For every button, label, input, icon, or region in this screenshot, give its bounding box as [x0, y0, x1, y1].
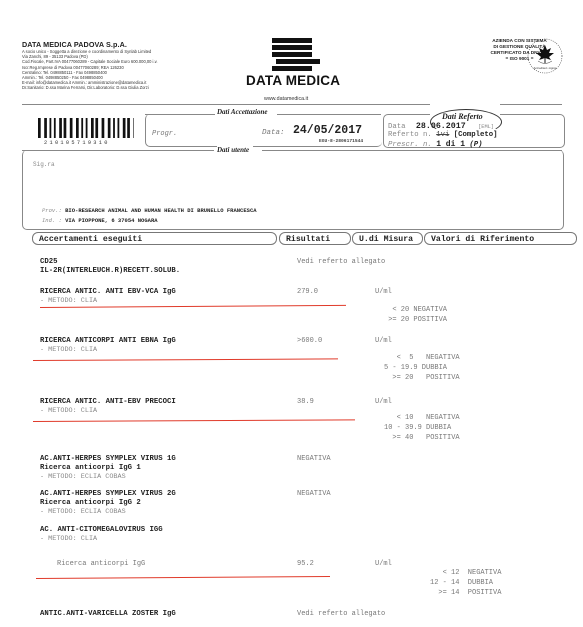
referto-number-row: Referto n. 1vi [Completo] — [388, 131, 498, 139]
ind-label: Ind. : — [42, 217, 62, 224]
exam-method: - METODO: CLIA — [40, 535, 97, 543]
prov-value: BIO-RESEARCH ANIMAL AND HUMAN HEALTH DI … — [65, 207, 256, 214]
accettazione-label: Dati Accettazione — [217, 108, 267, 116]
column-header-risultati: Risultati — [279, 232, 351, 245]
indirizzo-row: Ind. : VIA PIOPPONE, 6 37054 NOGARA — [42, 217, 158, 224]
exam-result: 38.9 — [297, 398, 314, 406]
exam-name: RICERCA ANTIC. ANTI-EBV PRECOCI — [40, 398, 176, 406]
website-link[interactable]: www.datamedica.it — [264, 96, 308, 102]
exam-reference: < 12 NEGATIVA 12 - 14 DUBBIA >= 14 POSIT… — [430, 569, 501, 598]
exam-name: AC.ANTI-HERPES SYMPLEX VIRUS 2G — [40, 490, 176, 498]
box-border — [277, 114, 381, 115]
barcode-number: 210105719310 — [44, 140, 110, 146]
exam-unit: U/ml — [375, 288, 392, 296]
column-header-unita: U.di Misura — [352, 232, 423, 245]
referto-label: Dati Referto — [442, 112, 483, 121]
exam-name-detail: Ricerca anticorpi IgG 2 — [40, 499, 141, 507]
box-border — [262, 150, 562, 151]
red-underline-annotation — [36, 576, 330, 579]
exam-method: - METODO: CLIA — [40, 346, 97, 354]
exam-unit: U/ml — [375, 398, 392, 406]
prescr-flag: (P) — [469, 141, 482, 149]
box-border — [22, 150, 214, 151]
exam-result: Vedi referto allegato — [297, 258, 385, 266]
company-line: Cod.Fiscale, Part.IVA 00477060289 - Capi… — [22, 59, 157, 64]
exam-reference: < 10 NEGATIVA 10 - 39.9 DUBBIA >= 40 POS… — [384, 414, 460, 443]
referto-date-row: Data 28.06.2017 [EML] — [388, 122, 494, 131]
barcode-icon — [38, 118, 134, 138]
prescrizione-row: Prescr. n. 1 di 1 (P) — [388, 140, 483, 149]
red-underline-annotation — [33, 358, 338, 361]
exam-name-detail: IL-2R(INTERLEUCH.R)RECETT.SOLUB. — [40, 267, 180, 275]
company-details: A socio unico - Soggetta a direzione e c… — [22, 49, 157, 91]
column-header-riferimento: Valori di Riferimento — [424, 232, 577, 245]
accettazione-code: EGU-8-2806171544 — [319, 139, 363, 144]
exam-method: - METODO: CLIA — [40, 407, 97, 415]
referto-status: [Completo] — [454, 131, 498, 139]
prov-label: Prov.: — [42, 207, 62, 214]
spacer — [486, 36, 490, 37]
box-border — [145, 114, 215, 115]
exam-result: 279.0 — [297, 288, 318, 296]
exam-name: AC. ANTI-CITOMEGALOVIRUS IGG — [40, 526, 163, 534]
referto-date: 28.06.2017 — [416, 122, 466, 131]
salutation: Sig.ra — [33, 161, 55, 168]
red-underline-annotation — [33, 419, 355, 422]
referto-number-label: Referto n. — [388, 131, 432, 139]
utente-label: Dati utente — [217, 146, 253, 154]
referto-number: 1vi — [436, 131, 449, 139]
svg-text:Accredited • Agréé: Accredited • Agréé — [533, 66, 557, 70]
red-underline-annotation — [40, 305, 346, 309]
provenienza-row: Prov.: BIO-RESEARCH ANIMAL AND HUMAN HEA… — [42, 207, 257, 214]
exam-name: ANTIC.ANTI-VARICELLA ZOSTER IgG — [40, 610, 176, 618]
exam-method: - METODO: ECLIA COBAS — [40, 473, 126, 481]
company-name: DATA MEDICA PADOVA S.p.A. — [22, 40, 127, 49]
accreditation-seal-icon: Accredited • Agréé — [525, 36, 565, 76]
referto-data-label: Data — [388, 123, 406, 131]
exam-result: 95.2 — [297, 560, 314, 568]
exam-result: Vedi referto allegato — [297, 610, 385, 618]
logo-text: DATA MEDICA — [246, 73, 340, 88]
exam-result: NEGATIVA — [297, 455, 331, 463]
ind-value: VIA PIOPPONE, 6 37054 NOGARA — [65, 217, 157, 224]
prescr-value: 1 di 1 — [436, 140, 465, 149]
exam-subtest: Ricerca anticorpi IgG — [57, 560, 145, 568]
exam-name: CD25 — [40, 258, 58, 266]
exam-method: - METODO: CLIA — [40, 297, 97, 305]
progr-label: Progr. — [152, 130, 177, 138]
eml-tag: [EML] — [478, 124, 494, 130]
exam-name: AC.ANTI-HERPES SYMPLEX VIRUS 1G — [40, 455, 176, 463]
exam-reference: < 20 NEGATIVA >= 20 POSITIVA — [384, 306, 447, 326]
accettazione-data-label: Data: — [262, 129, 285, 137]
company-line: Dr.Sanitario: D.ssa Marina Ferrarsi, Dir… — [22, 85, 157, 90]
exam-unit: U/ml — [375, 337, 392, 345]
exam-unit: U/ml — [375, 560, 392, 568]
accettazione-date: 24/05/2017 — [293, 124, 362, 137]
prescr-label: Prescr. n. — [388, 141, 432, 149]
column-header-accertamenti: Accertamenti eseguiti — [32, 232, 277, 245]
exam-name: RICERCA ANTIC. ANTI EBV-VCA IgG — [40, 288, 176, 296]
exam-name-detail: Ricerca anticorpi IgG 1 — [40, 464, 141, 472]
exam-name: RICERCA ANTICORPI ANTI EBNA IgG — [40, 337, 176, 345]
exam-reference: < 5 NEGATIVA 5 - 19.9 DUBBIA >= 20 POSIT… — [384, 354, 460, 383]
data-medica-logo-icon — [272, 38, 322, 71]
exam-result: >600.0 — [297, 337, 322, 345]
exam-method: - METODO: ECLIA COBAS — [40, 508, 126, 516]
exam-result: NEGATIVA — [297, 490, 331, 498]
